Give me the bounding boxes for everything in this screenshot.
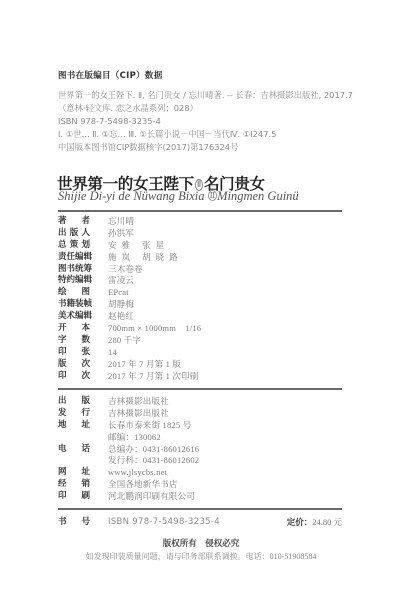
credit-row-special-editor: 特约编辑雷凌云 [58, 275, 348, 287]
credit-label: 图书统筹 [58, 264, 90, 276]
pinyin-subtitle: Mingmen Guinü [217, 189, 299, 203]
publisher-value: 邮编：130062 [108, 432, 161, 444]
credit-row-publisher: 出版人孙洪军 [58, 228, 348, 240]
divider-line [58, 210, 342, 212]
credit-label: 字数 [58, 335, 90, 347]
cip-line-series: （意林·轻文库. 恋之水晶系列；028） [58, 102, 378, 115]
credit-label: 版次 [58, 359, 90, 371]
price: 定价：24.80 元 [287, 516, 342, 529]
publisher-value: 总编办：0431-86012616 [108, 444, 199, 456]
publisher-value: 吉林摄影出版社 [108, 396, 169, 408]
publisher-row-retailer: 经销全国各地新华书店 [58, 479, 348, 491]
credit-row-book-design: 书籍装帧胡静梅 [58, 299, 348, 311]
credit-value: 三木卷卷 [108, 264, 143, 276]
cip-heading: 图书在版编目（CIP）数据 [58, 69, 163, 81]
publisher-info-list: 出版吉林摄影出版社 发行吉林摄影出版社 地址长春市泰来街 1825 号 邮编：1… [58, 396, 348, 503]
publisher-row-website: 网址www.jlsycbs.net [58, 467, 348, 479]
credit-row-format: 开本700mm × 1000mm 1/16 [58, 323, 348, 335]
credit-value: 安雅 张星 [108, 240, 169, 252]
publisher-row-printer: 印刷河北鹏润印刷有限公司 [58, 491, 348, 503]
price-value: 24.80 元 [312, 517, 342, 527]
publisher-label: 出版 [58, 396, 90, 408]
credit-value: 14 [108, 347, 117, 359]
credits-list: 著者忘川晴 出版人孙洪军 总策划安雅 张星 责任编辑施岚 胡晓路 图书统筹三木卷… [58, 216, 348, 382]
credit-value: 2017 年 7 月第 1 次印刷 [108, 371, 199, 383]
pinyin-main: Shijie Di-yi de Nüwang Bixia [58, 189, 205, 203]
credit-label: 责任编辑 [58, 252, 90, 264]
credit-value: 胡静梅 [108, 299, 134, 311]
credit-row-art-editor: 美术编辑赵艳红 [58, 311, 348, 323]
divider-line [58, 388, 342, 390]
credit-row-sheets: 印张14 [58, 347, 348, 359]
publisher-row-distribute: 发行吉林摄影出版社 [58, 408, 348, 420]
price-label: 定价： [287, 518, 313, 528]
credit-value: 施岚 胡晓路 [108, 252, 183, 264]
credit-label: 书籍装帧 [58, 299, 90, 311]
publisher-value: 河北鹏润印刷有限公司 [108, 491, 195, 503]
credit-row-author: 著者忘川晴 [58, 216, 348, 228]
publisher-value: 吉林摄影出版社 [108, 408, 169, 420]
credit-value: 赵艳红 [108, 311, 134, 323]
publisher-row-address: 地址长春市泰来街 1825 号 [58, 420, 348, 432]
cip-line-record-number: 中国版本图书馆CIP数据核字(2017)第176324号 [58, 141, 378, 154]
quality-notice: 如发现印装质量问题，请与印务部联系调换。电话：010-51908584 [0, 551, 402, 562]
credit-value: 280 千字 [108, 335, 141, 347]
publisher-label: 电话 [58, 444, 90, 456]
book-title-pinyin: Shijie Di-yi de Nüwang Bixia ⅡMingmen Gu… [58, 189, 299, 204]
credit-row-edition: 版次2017 年 7 月第 1 版 [58, 359, 348, 371]
credit-label: 特约编辑 [58, 275, 90, 287]
credit-value: 2017 年 7 月第 1 版 [108, 359, 181, 371]
publisher-value: www.jlsycbs.net [108, 467, 167, 479]
credit-label: 开本 [58, 323, 90, 335]
credit-value: 忘川晴 [108, 216, 134, 228]
publisher-label: 经销 [58, 479, 90, 491]
credit-row-word-count: 字数280 千字 [58, 335, 348, 347]
credit-label: 印张 [58, 347, 90, 359]
publisher-value: 发行科：0431-86012602 [108, 455, 199, 467]
credit-label: 美术编辑 [58, 311, 90, 323]
credit-label: 绘图 [58, 287, 90, 299]
divider-line [58, 508, 342, 510]
credit-value: 孙洪军 [108, 228, 134, 240]
credit-row-planner: 总策划安雅 张星 [58, 240, 348, 252]
cip-line-isbn: ISBN 978-7-5498-3235-4 [58, 115, 378, 128]
cip-line-classification: Ⅰ. ①世… Ⅱ. ①忘… Ⅲ. ①长篇小说－中国－当代Ⅳ. ①I247.5 [58, 128, 378, 141]
publisher-label: 地址 [58, 420, 90, 432]
credit-label: 总策划 [58, 240, 90, 252]
isbn-price-row: 书号 ISBN 978-7-5498-3235-4 定价：24.80 元 [58, 516, 342, 528]
isbn-value: ISBN 978-7-5498-3235-4 [108, 516, 220, 528]
cip-data-block: 世界第一的女王陛下. Ⅱ, 名门贵女 / 忘川晴著. -- 长春：吉林摄影出版社… [58, 89, 378, 154]
copyright-notice: 版权所有 侵权必究 [0, 537, 402, 549]
publisher-row-postcode: 邮编：130062 [58, 432, 348, 444]
publisher-value: 长春市泰来街 1825 号 [108, 420, 191, 432]
publisher-row-phone: 电话总编办：0431-86012616 [58, 444, 348, 456]
credit-value: EPcat [108, 287, 129, 299]
credit-label: 出版人 [58, 228, 90, 240]
publisher-row-publish: 出版吉林摄影出版社 [58, 396, 348, 408]
pinyin-volume: Ⅱ [208, 190, 217, 201]
credit-value: 雷凌云 [108, 275, 134, 287]
publisher-row-phone-sales: 发行科：0431-86012602 [58, 455, 348, 467]
credit-row-illustrator: 绘图EPcat [58, 287, 348, 299]
credit-row-printing: 印次2017 年 7 月第 1 次印刷 [58, 371, 348, 383]
publisher-label: 网址 [58, 467, 90, 479]
credit-value: 700mm × 1000mm 1/16 [108, 323, 201, 335]
cip-line-title: 世界第一的女王陛下. Ⅱ, 名门贵女 / 忘川晴著. -- 长春：吉林摄影出版社… [58, 89, 378, 102]
credit-label: 印次 [58, 371, 90, 383]
publisher-value: 全国各地新华书店 [108, 479, 178, 491]
publisher-label: 发行 [58, 408, 90, 420]
isbn-label: 书号 [58, 516, 90, 528]
publisher-label: 印刷 [58, 491, 90, 503]
credit-label: 著者 [58, 216, 90, 228]
credit-row-editor: 责任编辑施岚 胡晓路 [58, 252, 348, 264]
credit-row-coordinator: 图书统筹三木卷卷 [58, 264, 348, 276]
